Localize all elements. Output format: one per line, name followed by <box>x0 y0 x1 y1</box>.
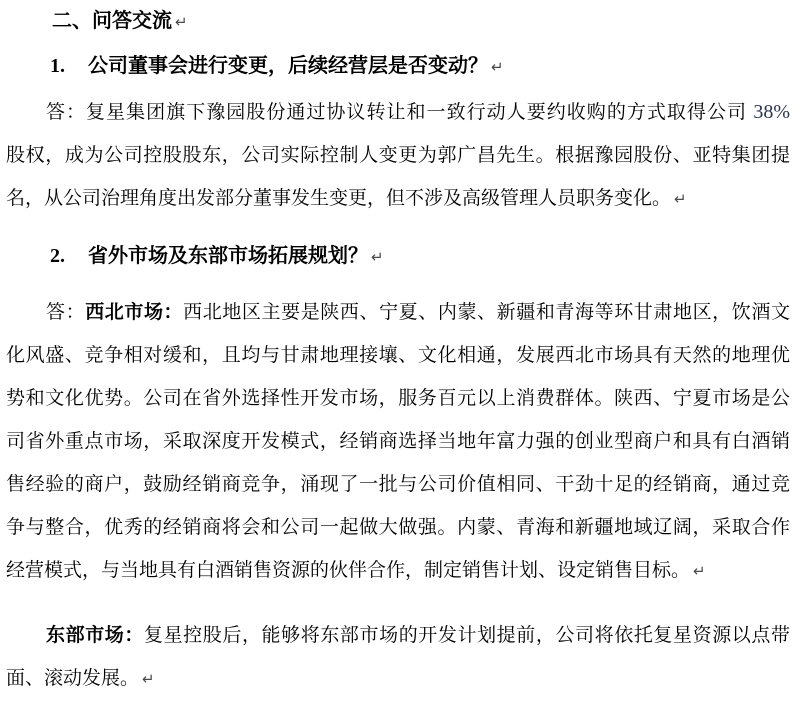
section-heading-text: 二、问答交流 <box>52 10 172 32</box>
question-row: 1.公司董事会进行变更，后续经营层是否变动？↵ <box>6 45 790 89</box>
question-text: 省外市场及东部市场拓展规划？ <box>88 245 368 267</box>
qa-block: 1.公司董事会进行变更，后续经营层是否变动？↵答：复星集团旗下豫园股份通过协议转… <box>6 45 790 221</box>
answer-line: 势和文化优势。公司在省外选择性开发市场，服务百元以上消费群体。陕西、宁夏市场是公 <box>6 377 790 420</box>
text-segment: 答：复星集团旗下豫园股份通过协议转让和一致行动人要约收购的方式取得公司 <box>46 102 753 123</box>
answer-line: 股权，成为公司控股股东，公司实际控制人变更为郭广昌先生。根据豫园股份、亚特集团提 <box>6 134 790 177</box>
answer-line: 化风盛、竞争相对缓和，且均与甘肃地理接壤、文化相通，发展西北市场具有天然的地理优 <box>6 334 790 377</box>
answer-line: 答：复星集团旗下豫园股份通过协议转让和一致行动人要约收购的方式取得公司 38% <box>6 91 790 134</box>
text-segment: 面、滚动发展。 <box>6 668 139 689</box>
text-segment: 名，从公司治理角度出发部分董事发生变更，但不涉及高级管理人员职务变化。 <box>6 188 671 209</box>
text-segment: 38% <box>753 101 790 123</box>
text-segment: 西北市场： <box>85 302 183 323</box>
answer-line: 面、滚动发展。↵ <box>6 657 790 701</box>
paragraph-mark-icon: ↵ <box>142 670 155 688</box>
question-text: 公司董事会进行变更，后续经营层是否变动？ <box>88 55 488 77</box>
answer-paragraph: 答：西北市场：西北地区主要是陕西、宁夏、内蒙、新疆和青海等环甘肃地区，饮酒文化风… <box>6 291 790 593</box>
answer-paragraph: 答：复星集团旗下豫园股份通过协议转让和一致行动人要约收购的方式取得公司 38%股… <box>6 91 790 221</box>
text-segment: 股权，成为公司控股股东，公司实际控制人变更为郭广昌先生。根据豫园股份、亚特集团提 <box>6 145 790 166</box>
text-segment: 势和文化优势。公司在省外选择性开发市场，服务百元以上消费群体。陕西、宁夏市场是公 <box>6 388 790 409</box>
qa-block: 2.省外市场及东部市场拓展规划？↵答：西北市场：西北地区主要是陕西、宁夏、内蒙、… <box>6 235 790 701</box>
answer-line: 售经验的商户，鼓励经销商竞争，涌现了一批与公司价值相同、干劲十足的经销商，通过竞 <box>6 463 790 506</box>
question-number: 1. <box>50 45 88 88</box>
answer-line: 经营模式，与当地具有白酒销售资源的伙伴合作，制定销售计划、设定销售目标。↵ <box>6 549 790 593</box>
text-segment: 争与整合，优秀的经销商将会和公司一起做大做强。内蒙、青海和新疆地域辽阔，采取合作 <box>6 517 790 538</box>
paragraph-mark-icon: ↵ <box>674 190 687 208</box>
answer-line: 司省外重点市场，采取深度开发模式，经销商选择当地年富力强的创业型商户和具有白酒销 <box>6 420 790 463</box>
paragraph-mark-icon: ↵ <box>693 562 706 580</box>
answer-line: 争与整合，优秀的经销商将会和公司一起做大做强。内蒙、青海和新疆地域辽阔，采取合作 <box>6 506 790 549</box>
text-segment: 答： <box>46 302 85 323</box>
question-number: 2. <box>50 235 88 278</box>
text-segment: 西北地区主要是陕西、宁夏、内蒙、新疆和青海等环甘肃地区，饮酒文 <box>183 302 790 323</box>
document-page[interactable]: 二、问答交流↵ 1.公司董事会进行变更，后续经营层是否变动？↵答：复星集团旗下豫… <box>0 0 800 703</box>
paragraph-mark-icon: ↵ <box>371 248 384 266</box>
paragraph-mark-icon: ↵ <box>491 58 504 76</box>
text-segment: 经营模式，与当地具有白酒销售资源的伙伴合作，制定销售计划、设定销售目标。 <box>6 560 690 581</box>
text-segment: 司省外重点市场，采取深度开发模式，经销商选择当地年富力强的创业型商户和具有白酒销 <box>6 431 790 452</box>
answer-line: 东部市场：复星控股后，能够将东部市场的开发计划提前，公司将依托复星资源以点带 <box>6 614 790 657</box>
text-segment: 化风盛、竞争相对缓和，且均与甘肃地理接壤、文化相通，发展西北市场具有天然的地理优 <box>6 345 790 366</box>
answer-paragraph: 东部市场：复星控股后，能够将东部市场的开发计划提前，公司将依托复星资源以点带面、… <box>6 614 790 701</box>
paragraph-mark-icon: ↵ <box>175 13 188 31</box>
text-segment: 售经验的商户，鼓励经销商竞争，涌现了一批与公司价值相同、干劲十足的经销商，通过竞 <box>6 474 790 495</box>
qa-content: 1.公司董事会进行变更，后续经营层是否变动？↵答：复星集团旗下豫园股份通过协议转… <box>6 45 790 701</box>
answer-line: 名，从公司治理角度出发部分董事发生变更，但不涉及高级管理人员职务变化。↵ <box>6 177 790 221</box>
text-segment: 复星控股后，能够将东部市场的开发计划提前，公司将依托复星资源以点带 <box>144 625 790 646</box>
question-row: 2.省外市场及东部市场拓展规划？↵ <box>6 235 790 279</box>
text-segment: 东部市场： <box>46 625 144 646</box>
answer-line: 答：西北市场：西北地区主要是陕西、宁夏、内蒙、新疆和青海等环甘肃地区，饮酒文 <box>6 291 790 334</box>
section-heading: 二、问答交流↵ <box>6 0 790 44</box>
